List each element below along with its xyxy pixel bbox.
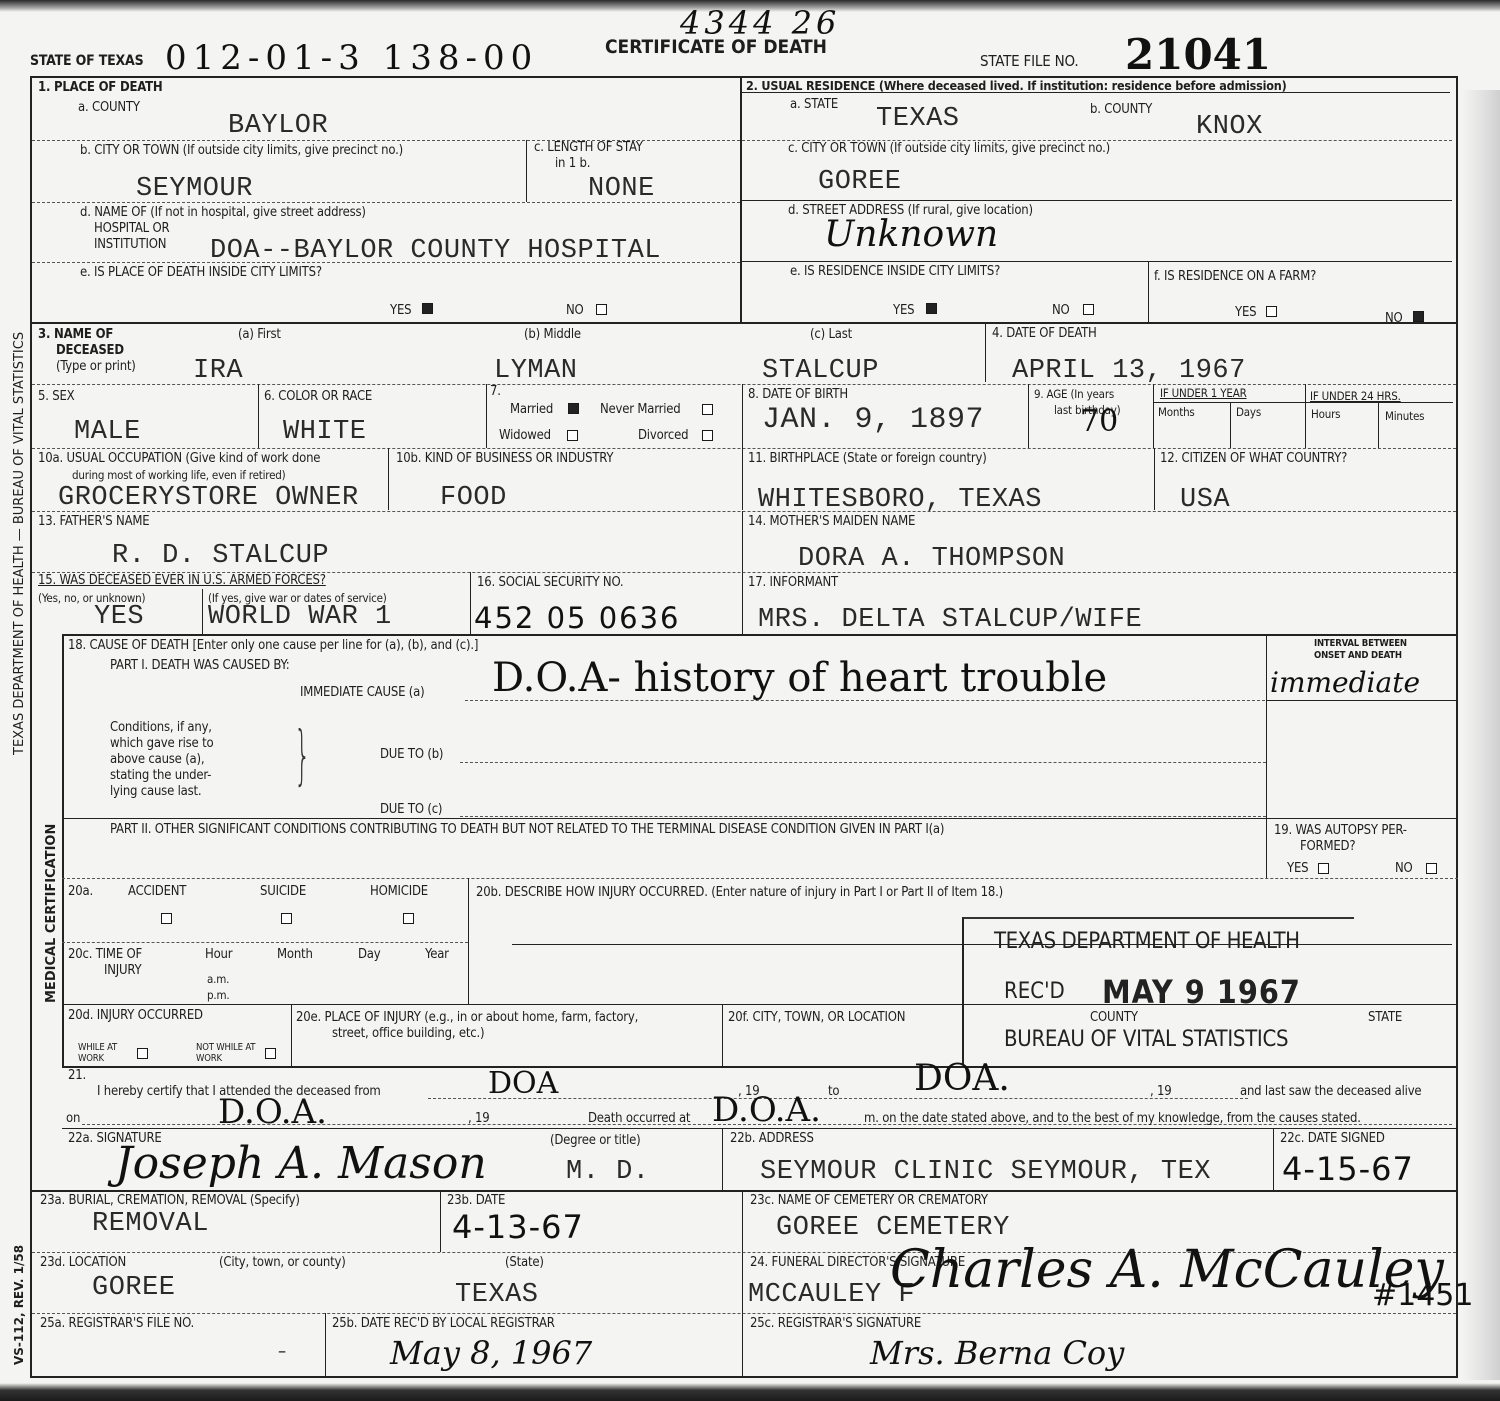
degree-label: (Degree or title) — [550, 1133, 641, 1148]
death-time-value[interactable]: D.O.A. — [712, 1090, 821, 1130]
accident-checkbox[interactable] — [161, 913, 172, 924]
mother-value[interactable]: DORA A. THOMPSON — [798, 545, 1065, 573]
interval-value[interactable]: immediate — [1270, 666, 1420, 699]
sex-value[interactable]: MALE — [74, 418, 141, 446]
cert-text-3: m. on the date stated above, and to the … — [864, 1111, 1361, 1126]
hospital-label-1: d. NAME OF (If not in hospital, give str… — [80, 205, 366, 220]
name-label-2: DECEASED — [56, 343, 124, 358]
stamp-line-1: TEXAS DEPARTMENT OF HEALTH — [994, 929, 1299, 954]
armed-forces-value[interactable]: YES — [94, 603, 144, 631]
industry-value[interactable]: FOOD — [440, 484, 507, 512]
autopsy-yes-label: YES — [1287, 861, 1308, 876]
immediate-cause-label: IMMEDIATE CAUSE (a) — [300, 685, 424, 700]
local-registrar-date-label: 25b. DATE REC'D BY LOCAL REGISTRAR — [332, 1316, 555, 1331]
disposition-date-label: 23b. DATE — [447, 1193, 505, 1208]
homicide-checkbox[interactable] — [403, 913, 414, 924]
location-label: 23d. LOCATION — [40, 1255, 126, 1270]
time-of-injury-label-2: INJURY — [104, 963, 141, 978]
last-name-label: (c) Last — [810, 327, 852, 342]
autopsy-no-checkbox[interactable] — [1426, 863, 1437, 874]
length-of-stay-sub: in 1 b. — [555, 156, 590, 171]
scan-right-edge — [1462, 90, 1500, 1380]
stamp-date: MAY 9 1967 — [1102, 973, 1301, 1011]
age-value[interactable]: 70 — [1080, 404, 1118, 439]
middle-name-label: (b) Middle — [524, 327, 581, 342]
cause-of-death-label: 18. CAUSE OF DEATH [Enter only one cause… — [68, 638, 478, 653]
due-to-b-label: DUE TO (b) — [380, 747, 443, 762]
location-value[interactable]: GOREE — [92, 1274, 176, 1302]
received-stamp: TEXAS DEPARTMENT OF HEALTH REC'D MAY 9 1… — [962, 917, 1354, 1064]
state-label: STATE OF TEXAS — [30, 54, 143, 69]
dob-value[interactable]: JAN. 9, 1897 — [762, 406, 984, 434]
registrar-signature-label: 25c. REGISTRAR'S SIGNATURE — [750, 1316, 921, 1331]
hospital-value[interactable]: DOA--BAYLOR COUNTY HOSPITAL — [210, 237, 661, 265]
while-at-work-checkbox[interactable] — [137, 1048, 148, 1059]
first-name-value[interactable]: IRA — [193, 357, 243, 385]
scan-bottom-edge — [0, 1383, 1500, 1401]
res-inside-limits-label: e. IS RESIDENCE INSIDE CITY LIMITS? — [790, 264, 1000, 279]
stamp-recd: REC'D — [1004, 979, 1065, 1004]
citizen-label: 12. CITIZEN OF WHAT COUNTRY? — [1160, 451, 1347, 466]
age-label-1: 9. AGE (In years — [1034, 387, 1114, 401]
cert-21-label: 21. — [68, 1068, 86, 1083]
not-while-at-work-label: NOT WHILE AT WORK — [196, 1042, 260, 1064]
form-id: VS-112, REV. 1/58 — [12, 1245, 26, 1365]
length-of-stay-value[interactable]: NONE — [588, 175, 655, 203]
local-registrar-date-value[interactable]: May 8, 1967 — [390, 1334, 592, 1372]
race-label: 6. COLOR OR RACE — [264, 389, 372, 404]
injury-occurred-label: 20d. INJURY OCCURRED — [68, 1008, 203, 1023]
attended-from-value[interactable]: DOA — [488, 1066, 558, 1101]
length-of-stay-label: c. LENGTH OF STAY — [534, 140, 643, 155]
due-to-c-label: DUE TO (c) — [380, 802, 442, 817]
burial-label: 23a. BURIAL, CREMATION, REMOVAL (Specify… — [40, 1193, 300, 1208]
autopsy-label-1: 19. WAS AUTOPSY PER- — [1274, 823, 1407, 838]
first-name-label: (a) First — [238, 327, 281, 342]
industry-label: 10b. KIND OF BUSINESS OR INDUSTRY — [396, 451, 613, 466]
res-street-value[interactable]: Unknown — [824, 214, 998, 255]
mother-label: 14. MOTHER'S MAIDEN NAME — [748, 514, 915, 529]
handwritten-number: 4344 26 — [680, 4, 840, 42]
armed-forces-label: 15. WAS DECEASED EVER IN U.S. ARMED FORC… — [38, 573, 326, 588]
occupation-label-2: during most of working life, even if ret… — [72, 468, 285, 482]
divider-1-2 — [740, 76, 742, 322]
pod-city-label: b. CITY OR TOWN (If outside city limits,… — [80, 143, 403, 158]
under-day-label: IF UNDER 24 HRS. — [1310, 389, 1401, 403]
married-label: Married — [510, 402, 553, 417]
pm-label: p.m. — [207, 988, 229, 1002]
birthplace-label: 11. BIRTHPLACE (State or foreign country… — [748, 451, 987, 466]
occupation-label-1: 10a. USUAL OCCUPATION (Give kind of work… — [38, 451, 320, 466]
pod-inside-limits-label: e. IS PLACE OF DEATH INSIDE CITY LIMITS? — [80, 265, 322, 280]
autopsy-yes-checkbox[interactable] — [1318, 863, 1329, 874]
never-married-checkbox[interactable] — [702, 404, 713, 415]
date-signed-label: 22c. DATE SIGNED — [1280, 1131, 1385, 1146]
date-of-death-value[interactable]: APRIL 13, 1967 — [1012, 357, 1246, 385]
nineteen-3: , 19 — [468, 1111, 490, 1126]
cemetery-value[interactable]: GOREE CEMETERY — [776, 1214, 1010, 1242]
res-county-label: b. COUNTY — [1090, 102, 1152, 117]
injury-city-label: 20f. CITY, TOWN, OR LOCATION — [728, 1010, 905, 1025]
on-label: on — [66, 1111, 80, 1126]
place-of-injury-label-1: 20e. PLACE OF INJURY (e.g., in or about … — [296, 1010, 638, 1025]
pod-inside-yes-label: YES — [390, 303, 411, 318]
brace-icon: } — [294, 716, 310, 796]
days-label: Days — [1236, 405, 1261, 419]
nineteen-2: , 19 — [1150, 1084, 1172, 1099]
on-value[interactable]: D.O.A. — [218, 1092, 327, 1132]
year-label: Year — [425, 947, 449, 962]
hour-label: Hour — [205, 947, 232, 962]
registrar-signature[interactable]: Mrs. Berna Coy — [870, 1334, 1124, 1372]
pod-county-label: a. COUNTY — [78, 100, 140, 115]
location-sub-label: (City, town, or county) — [219, 1255, 346, 1270]
state-file-number: 21041 — [1125, 30, 1271, 79]
month-label: Month — [277, 947, 313, 962]
place-of-death-label: 1. PLACE OF DEATH — [38, 80, 162, 95]
never-married-label: Never Married — [600, 402, 681, 417]
name-label-1: 3. NAME OF — [38, 327, 113, 342]
citizen-value[interactable]: USA — [1180, 486, 1230, 514]
cert-text-2: and last saw the deceased alive — [1240, 1084, 1421, 1099]
pod-city-value[interactable]: SEYMOUR — [136, 175, 253, 203]
pod-inside-no-checkbox[interactable] — [596, 304, 607, 315]
while-at-work-label: WHILE AT WORK — [78, 1042, 132, 1064]
birthplace-value[interactable]: WHITESBORO, TEXAS — [758, 486, 1042, 514]
autopsy-label-2: FORMED? — [1300, 839, 1355, 854]
sex-label: 5. SEX — [38, 389, 75, 404]
margin-medical-certification: MEDICAL CERTIFICATION — [44, 824, 59, 1003]
hours-label: Hours — [1311, 407, 1340, 421]
disposition-date-value[interactable]: 4-13-67 — [452, 1208, 584, 1246]
funeral-license-number: #1451 — [1372, 1278, 1473, 1313]
not-while-at-work-checkbox[interactable] — [265, 1048, 276, 1059]
divorced-label: Divorced — [638, 428, 688, 443]
res-county-value[interactable]: KNOX — [1196, 113, 1263, 141]
months-label: Months — [1158, 405, 1195, 419]
minutes-label: Minutes — [1385, 409, 1424, 423]
state-sub-label: (State) — [505, 1255, 544, 1270]
time-of-injury-label-1: 20c. TIME OF — [68, 947, 142, 962]
margin-dept-text: TEXAS DEPARTMENT OF HEALTH — BUREAU OF V… — [12, 332, 27, 755]
res-inside-no-checkbox[interactable] — [1083, 304, 1094, 315]
res-farm-label: f. IS RESIDENCE ON A FARM? — [1154, 269, 1316, 284]
part1-label: PART I. DEATH WAS CAUSED BY: — [110, 658, 290, 673]
pod-county-value[interactable]: BAYLOR — [228, 112, 328, 140]
ssn-value[interactable]: 452 05 0636 — [474, 601, 681, 635]
res-city-label: c. CITY OR TOWN (If outside city limits,… — [788, 141, 1110, 156]
address-label: 22b. ADDRESS — [730, 1131, 814, 1146]
pod-inside-yes-checkbox[interactable] — [422, 303, 433, 314]
frame-right — [1456, 76, 1458, 1378]
state-file-label: STATE FILE NO. — [980, 54, 1078, 69]
res-inside-yes-label: YES — [893, 303, 914, 318]
registrar-file-label: 25a. REGISTRAR'S FILE NO. — [40, 1316, 194, 1331]
res-farm-yes-checkbox[interactable] — [1266, 306, 1277, 317]
immediate-cause-value[interactable]: D.O.A- history of heart trouble — [492, 655, 1107, 701]
divorced-checkbox[interactable] — [702, 430, 713, 441]
degree-value[interactable]: M. D. — [566, 1158, 650, 1186]
death-occurred-label: Death occurred at — [588, 1111, 690, 1126]
frame-left — [30, 76, 32, 1378]
state-number: 012-01-3 138-00 — [165, 38, 538, 78]
father-value[interactable]: R. D. STALCUP — [112, 542, 329, 570]
dob-label: 8. DATE OF BIRTH — [748, 387, 848, 402]
date-signed-value[interactable]: 4-15-67 — [1282, 1150, 1414, 1188]
interval-label-2: ONSET AND DEATH — [1314, 650, 1402, 661]
burial-value[interactable]: REMOVAL — [92, 1210, 209, 1238]
frame-bottom — [30, 1376, 1458, 1378]
name-label-3: (Type or print) — [56, 359, 136, 374]
hospital-label-3: INSTITUTION — [94, 237, 166, 252]
funeral-director-signature[interactable]: Charles A. McCauley — [890, 1240, 1444, 1300]
last-name-value[interactable]: STALCUP — [762, 357, 879, 385]
under-year-label: IF UNDER 1 YEAR — [1160, 386, 1247, 400]
place-of-injury-label-2: street, office building, etc.) — [332, 1026, 484, 1041]
autopsy-no-label: NO — [1395, 861, 1413, 876]
informant-label: 17. INFORMANT — [748, 575, 838, 590]
widowed-checkbox[interactable] — [567, 430, 578, 441]
occupation-value[interactable]: GROCERYSTORE OWNER — [58, 484, 359, 512]
suicide-label: SUICIDE — [260, 884, 306, 899]
marital-label: 7. — [490, 384, 501, 399]
part2-label: PART II. OTHER SIGNIFICANT CONDITIONS CO… — [110, 822, 944, 837]
res-farm-no-checkbox[interactable] — [1413, 311, 1424, 322]
war-value[interactable]: WORLD WAR 1 — [208, 603, 392, 631]
res-farm-yes-label: YES — [1235, 305, 1256, 320]
accident-label: ACCIDENT — [128, 884, 186, 899]
middle-name-value[interactable]: LYMAN — [494, 357, 578, 385]
res-state-value[interactable]: TEXAS — [876, 105, 960, 133]
widowed-label: Widowed — [499, 428, 551, 443]
hospital-label-2: HOSPITAL OR — [94, 221, 169, 236]
registrar-file-value[interactable]: – — [278, 1344, 286, 1359]
married-checkbox[interactable] — [568, 403, 579, 414]
suicide-checkbox[interactable] — [281, 913, 292, 924]
ssn-label: 16. SOCIAL SECURITY NO. — [477, 575, 623, 590]
date-of-death-label: 4. DATE OF DEATH — [992, 326, 1097, 341]
burial-state-value[interactable]: TEXAS — [455, 1281, 539, 1309]
interval-label-1: INTERVAL BETWEEN — [1314, 638, 1407, 649]
homicide-label: HOMICIDE — [370, 884, 428, 899]
am-label: a.m. — [207, 972, 229, 986]
physician-signature[interactable]: Joseph A. Mason — [115, 1138, 487, 1189]
res-state-label: a. STATE — [790, 97, 838, 112]
stamp-line-3: BUREAU OF VITAL STATISTICS — [1004, 1027, 1288, 1052]
day-label: Day — [358, 947, 381, 962]
usual-residence-label: 2. USUAL RESIDENCE (Where deceased lived… — [746, 78, 1287, 93]
res-city-value[interactable]: GOREE — [818, 168, 902, 196]
address-value[interactable]: SEYMOUR CLINIC SEYMOUR, TEX — [760, 1158, 1211, 1186]
pod-inside-no-label: NO — [566, 303, 584, 318]
to-label: to — [828, 1084, 839, 1099]
attended-to-value[interactable]: DOA. — [914, 1058, 1010, 1099]
informant-value[interactable]: MRS. DELTA STALCUP/WIFE — [758, 606, 1142, 634]
injury-state-label: STATE — [1368, 1010, 1402, 1025]
res-inside-no-label: NO — [1052, 303, 1070, 318]
injury-20a-label: 20a. — [68, 884, 93, 899]
father-label: 13. FATHER'S NAME — [38, 514, 149, 529]
certificate-title: CERTIFICATE OF DEATH — [605, 40, 827, 55]
res-inside-yes-checkbox[interactable] — [926, 303, 937, 314]
race-value[interactable]: WHITE — [283, 418, 367, 446]
cemetery-label: 23c. NAME OF CEMETERY OR CREMATORY — [750, 1193, 988, 1208]
describe-injury-label: 20b. DESCRIBE HOW INJURY OCCURRED. (Ente… — [476, 885, 1003, 900]
